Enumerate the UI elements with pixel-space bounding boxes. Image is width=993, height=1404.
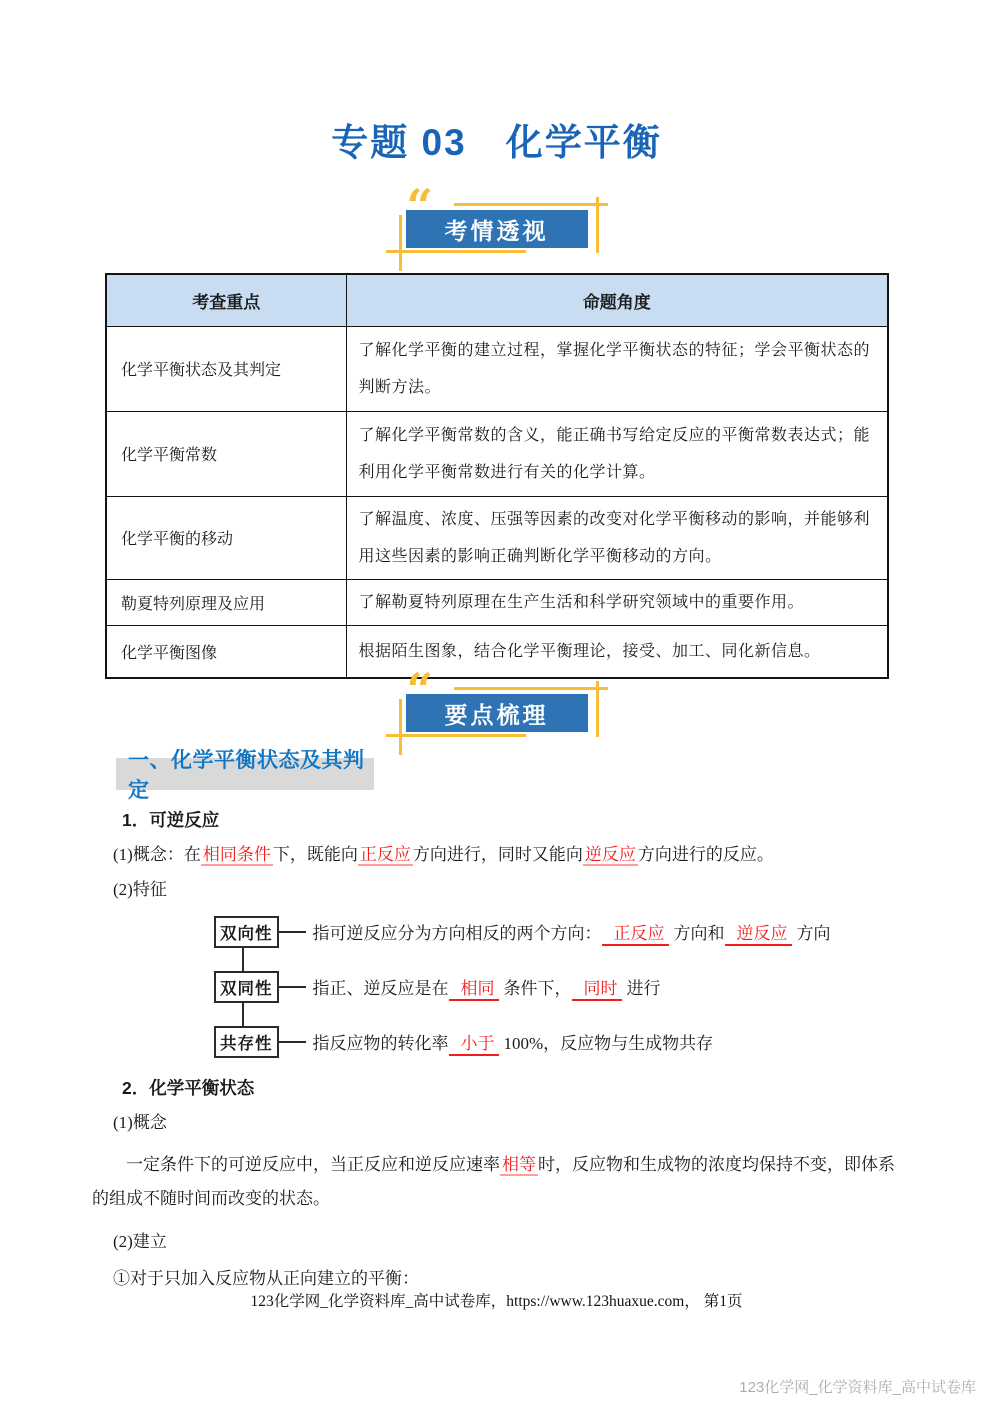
banner-key-points-wrap: “ 要点梳理 xyxy=(0,694,993,732)
text-segment: 100%，反应物与生成物共存 xyxy=(504,1034,714,1053)
banner-accent-line-top xyxy=(454,687,608,690)
banner-accent-line-left xyxy=(399,699,402,755)
table-cell-angle: 了解化学平衡的建立过程，掌握化学平衡状态的特征；学会平衡状态的判断方法。 xyxy=(346,326,888,411)
feature-row-simultaneous: 双同性 指正、逆反应是在相同条件下，同时进行 xyxy=(214,970,903,1003)
banner-accent-line-bottom xyxy=(386,734,526,737)
feature-label: (2)特征 xyxy=(92,878,903,902)
page-title: 专题 03 化学平衡 xyxy=(0,0,993,166)
red-blank-term: 同时 xyxy=(572,979,622,1001)
subsection-title-reversible: 1．可逆反应 xyxy=(92,807,903,832)
feature-text: 指正、逆反应是在相同条件下，同时进行 xyxy=(313,974,661,999)
table-header-angle: 命题角度 xyxy=(346,274,888,326)
text-segment: (1)概念：在 xyxy=(113,845,201,864)
equilibrium-concept-label: (1)概念 xyxy=(92,1111,903,1135)
table-row: 化学平衡图像 根据陌生图象，结合化学平衡理论，接受、加工、同化新信息。 xyxy=(106,625,888,678)
table-cell-topic: 勒夏特列原理及应用 xyxy=(106,579,346,625)
table-row: 化学平衡的移动 了解温度、浓度、压强等因素的改变对化学平衡移动的影响，并能够利用… xyxy=(106,496,888,579)
red-blank-term: 小于 xyxy=(449,1034,499,1056)
table-cell-angle: 了解温度、浓度、压强等因素的改变对化学平衡移动的影响，并能够利用这些因素的影响正… xyxy=(346,496,888,579)
table-cell-topic: 化学平衡的移动 xyxy=(106,496,346,579)
watermark-text: 123化学网_化学资料库_高中试卷库 xyxy=(739,1376,976,1397)
page-footer: 123化学网_化学资料库_高中试卷库，https://www.123huaxue… xyxy=(0,1289,993,1311)
table-cell-angle: 了解化学平衡常数的含义，能正确书写给定反应的平衡常数表达式；能利用化学平衡常数进… xyxy=(346,411,888,496)
feature-row-coexistence: 共存性 指反应物的转化率小于100%，反应物与生成物共存 xyxy=(214,1025,903,1058)
red-blank-term: 逆反应 xyxy=(725,924,792,946)
feature-text: 指反应物的转化率小于100%，反应物与生成物共存 xyxy=(313,1029,714,1054)
text-segment: 指反应物的转化率 xyxy=(313,1034,449,1053)
subsection-title-equilibrium: 2．化学平衡状态 xyxy=(92,1075,903,1100)
feature-box: 双同性 xyxy=(214,971,279,1003)
text-segment: 一定条件下的可逆反应中，当正反应和逆反应速率 xyxy=(126,1155,500,1174)
reversible-concept-line: (1)概念：在相同条件下，既能向正反应方向进行，同时又能向逆反应方向进行的反应。 xyxy=(92,843,903,867)
connector-horizontal-line xyxy=(279,931,306,933)
equilibrium-establish-label: (2)建立 xyxy=(92,1230,903,1254)
feature-text: 指可逆反应分为方向相反的两个方向：正反应方向和逆反应方向 xyxy=(313,919,831,944)
text-segment: 方向 xyxy=(797,924,831,943)
banner-accent-line-left xyxy=(399,215,402,271)
connector-horizontal-line xyxy=(279,1041,306,1043)
section-content: 1．可逆反应 (1)概念：在相同条件下，既能向正反应方向进行，同时又能向逆反应方… xyxy=(92,807,903,1291)
banner-exam-insight-wrap: “ 考情透视 xyxy=(0,210,993,248)
feature-diagram: 双向性 指可逆反应分为方向相反的两个方向：正反应方向和逆反应方向 双同性 指正、… xyxy=(214,915,903,1058)
text-segment: 方向进行的反应。 xyxy=(638,845,774,864)
table-cell-topic: 化学平衡图像 xyxy=(106,625,346,678)
table-row: 化学平衡常数 了解化学平衡常数的含义，能正确书写给定反应的平衡常数表达式；能利用… xyxy=(106,411,888,496)
red-blank-term: 正反应 xyxy=(602,924,669,946)
red-term: 正反应 xyxy=(358,845,413,866)
exam-focus-table: 考查重点 命题角度 化学平衡状态及其判定 了解化学平衡的建立过程，掌握化学平衡状… xyxy=(105,273,889,679)
text-segment: 进行 xyxy=(627,979,661,998)
text-segment: 下，既能向 xyxy=(273,845,358,864)
text-segment: 指可逆反应分为方向相反的两个方向： xyxy=(313,924,602,943)
table-header-topic: 考查重点 xyxy=(106,274,346,326)
feature-box: 共存性 xyxy=(214,1026,279,1058)
banner-accent-line-top xyxy=(454,203,608,206)
banner-accent-line-right xyxy=(596,197,599,253)
red-term: 逆反应 xyxy=(583,845,638,866)
table-row: 化学平衡状态及其判定 了解化学平衡的建立过程，掌握化学平衡状态的特征；学会平衡状… xyxy=(106,326,888,411)
red-blank-term: 相同 xyxy=(449,979,499,1001)
equilibrium-establish-item: ①对于只加入反应物从正向建立的平衡： xyxy=(92,1267,903,1291)
table-header-row: 考查重点 命题角度 xyxy=(106,274,888,326)
red-term: 相等 xyxy=(500,1155,538,1176)
quote-icon: “ xyxy=(407,667,433,713)
text-segment: 指正、逆反应是在 xyxy=(313,979,449,998)
text-segment: 条件下， xyxy=(504,979,572,998)
banner-accent-line-right xyxy=(596,681,599,737)
table-row: 勒夏特列原理及应用 了解勒夏特列原理在生产生活和科学研究领域中的重要作用。 xyxy=(106,579,888,625)
section-heading: 一、化学平衡状态及其判定 xyxy=(116,758,374,790)
quote-icon: “ xyxy=(407,183,433,229)
banner-exam-insight: “ 考情透视 xyxy=(406,210,588,248)
feature-box: 双向性 xyxy=(214,916,279,948)
banner-accent-line-bottom xyxy=(386,250,526,253)
table-cell-topic: 化学平衡状态及其判定 xyxy=(106,326,346,411)
feature-row-bidirectional: 双向性 指可逆反应分为方向相反的两个方向：正反应方向和逆反应方向 xyxy=(214,915,903,948)
red-term: 相同条件 xyxy=(201,845,273,866)
document-page: 专题 03 化学平衡 “ 考情透视 考查重点 命题角度 化学平衡状态及其判定 了… xyxy=(0,0,993,1404)
connector-horizontal-line xyxy=(279,986,306,988)
text-segment: 方向进行，同时又能向 xyxy=(413,845,583,864)
table-cell-topic: 化学平衡常数 xyxy=(106,411,346,496)
banner-key-points: “ 要点梳理 xyxy=(406,694,588,732)
table-cell-angle: 了解勒夏特列原理在生产生活和科学研究领域中的重要作用。 xyxy=(346,579,888,625)
text-segment: 方向和 xyxy=(674,924,725,943)
equilibrium-concept-paragraph: 一定条件下的可逆反应中，当正反应和逆反应速率相等时，反应物和生成物的浓度均保持不… xyxy=(92,1148,903,1216)
